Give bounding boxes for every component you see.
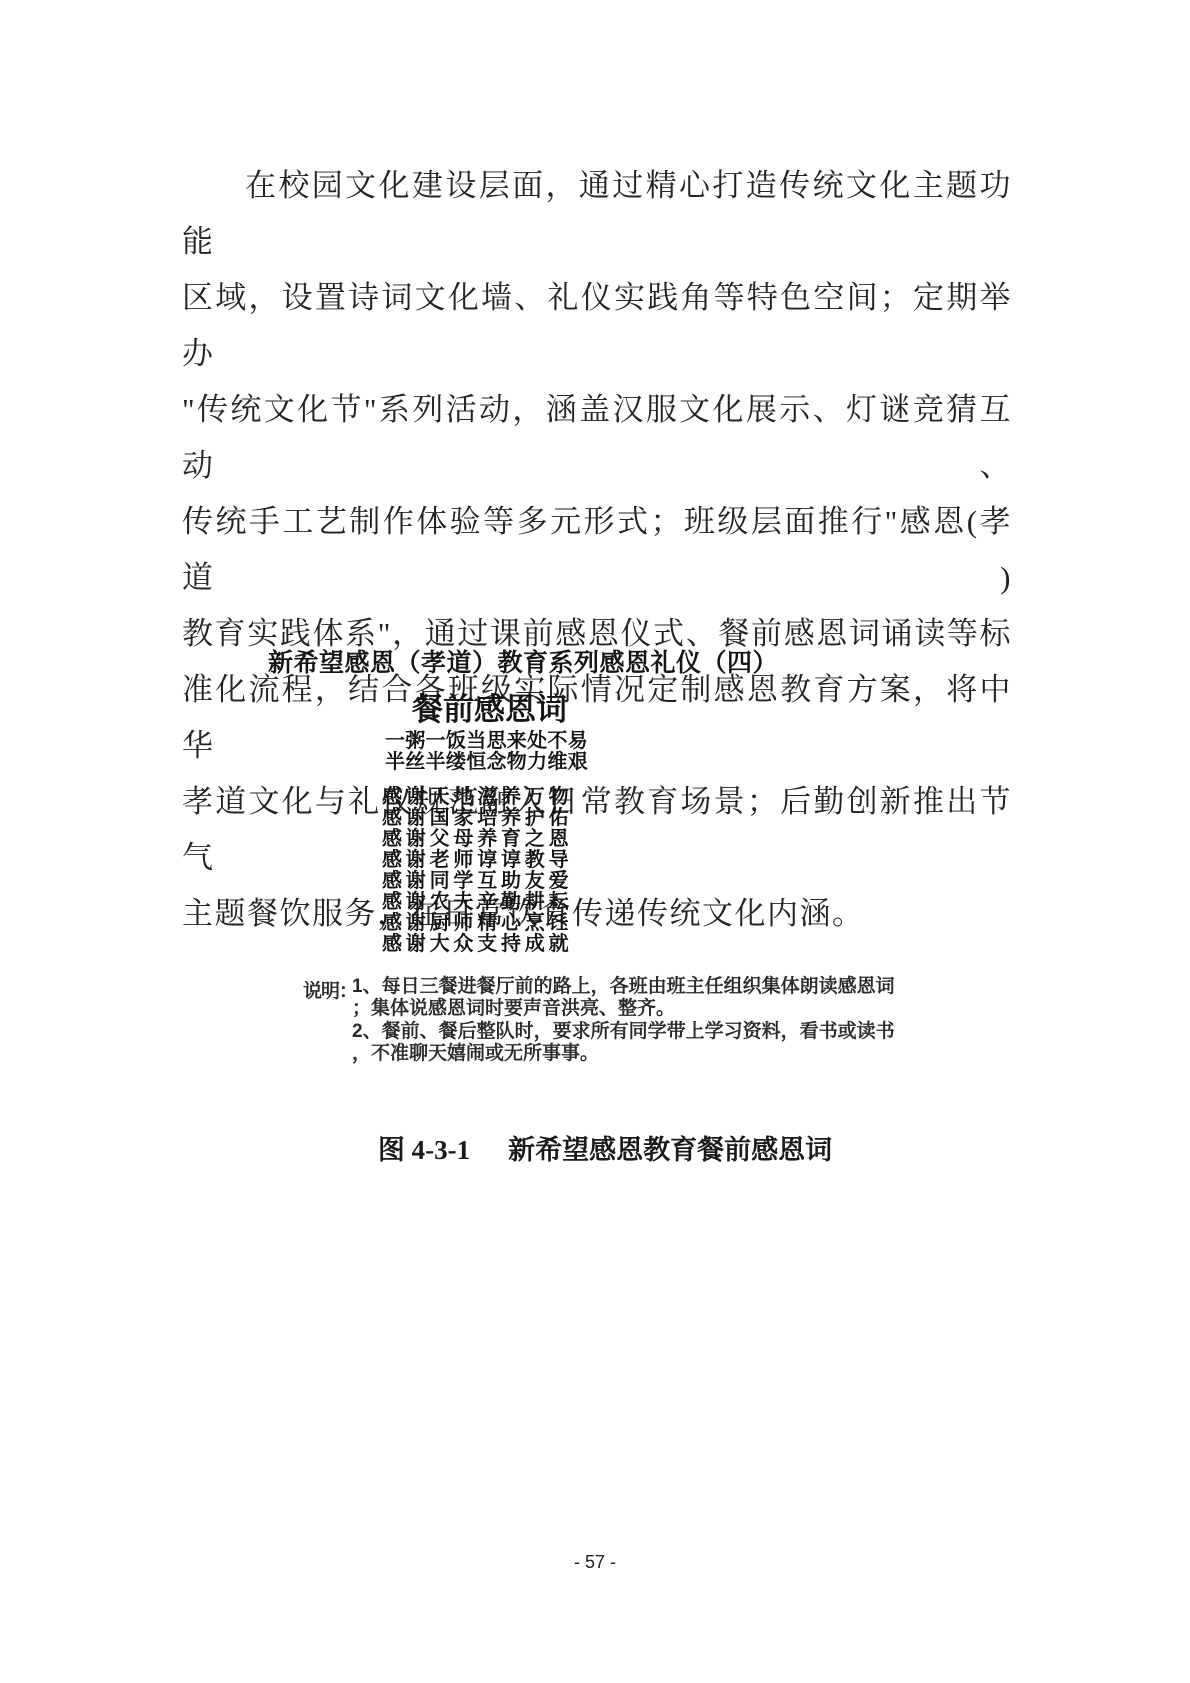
thanks-line: 感谢天地滋养万物 (382, 787, 572, 808)
thanks-line: 感谢农夫辛勤耕耘 (382, 892, 572, 913)
thanks-line: 感谢父母养育之恩 (382, 829, 572, 850)
paragraph-line: 在校园文化建设层面，通过精心打造传统文化主题功能 (182, 158, 1012, 270)
thanks-line: 感谢老师谆谆教导 (382, 850, 572, 871)
figure-caption: 图 4-3-1新希望感恩教育餐前感恩词 (0, 1128, 1190, 1167)
thanks-line: 感谢厨师精心烹饪 (382, 913, 572, 934)
figure-notes: 1、每日三餐进餐厅前的路上，各班由班主任组织集体朗读感恩词 ；集体说感恩词时要声… (352, 976, 895, 1066)
paragraph-line: 主题餐饮服务，在日常饮食传递传统文化内涵。 (182, 886, 1012, 942)
body-paragraph: 在校园文化建设层面，通过精心打造传统文化主题功能 区域，设置诗词文化墙、礼仪实践… (182, 158, 1012, 942)
paragraph-line: "传统文化节"系列活动，涵盖汉服文化展示、灯谜竞猜互动、 (182, 382, 1012, 494)
figure-thanks-list: 感谢天地滋养万物 感谢国家培养护佑 感谢父母养育之恩 感谢老师谆谆教导 感谢同学… (382, 787, 572, 955)
paragraph-line: 传统手工艺制作体验等多元形式；班级层面推行"感恩(孝道) (182, 494, 1012, 606)
poem-line: 一粥一饭当思来处不易 (385, 731, 588, 752)
page-number: - 57 - (0, 1552, 1190, 1573)
poem-line: 半丝半缕恒念物力维艰 (385, 752, 588, 773)
thanks-line: 感谢国家培养护佑 (382, 808, 572, 829)
figure-caption-number: 图 4-3-1 (378, 1135, 470, 1165)
figure-caption-text: 新希望感恩教育餐前感恩词 (508, 1135, 832, 1165)
figure-notes-label: 说明： (303, 976, 357, 1003)
paragraph-line: 区域，设置诗词文化墙、礼仪实践角等特色空间；定期举办 (182, 270, 1012, 382)
figure-series-title: 新希望感恩（孝道）教育系列感恩礼仪（四） (268, 643, 778, 679)
thanks-line: 感谢同学互助友爱 (382, 871, 572, 892)
notes-line: ，不准聊天嬉闹或无所事事。 (352, 1043, 895, 1065)
thanks-line: 感谢大众支持成就 (382, 934, 572, 955)
notes-line: ；集体说感恩词时要声音洪亮、整齐。 (352, 998, 895, 1020)
notes-line: 2、餐前、餐后整队时，要求所有同学带上学习资料，看书或读书 (352, 1021, 895, 1043)
notes-line: 1、每日三餐进餐厅前的路上，各班由班主任组织集体朗读感恩词 (352, 976, 895, 998)
figure-poem: 一粥一饭当思来处不易 半丝半缕恒念物力维艰 (385, 731, 588, 773)
document-page: 在校园文化建设层面，通过精心打造传统文化主题功能 区域，设置诗词文化墙、礼仪实践… (0, 0, 1190, 1683)
figure-main-title: 餐前感恩词 (412, 684, 567, 729)
paragraph-line: 孝道文化与礼仪规范融入日常教育场景；后勤创新推出节气 (182, 774, 1012, 886)
